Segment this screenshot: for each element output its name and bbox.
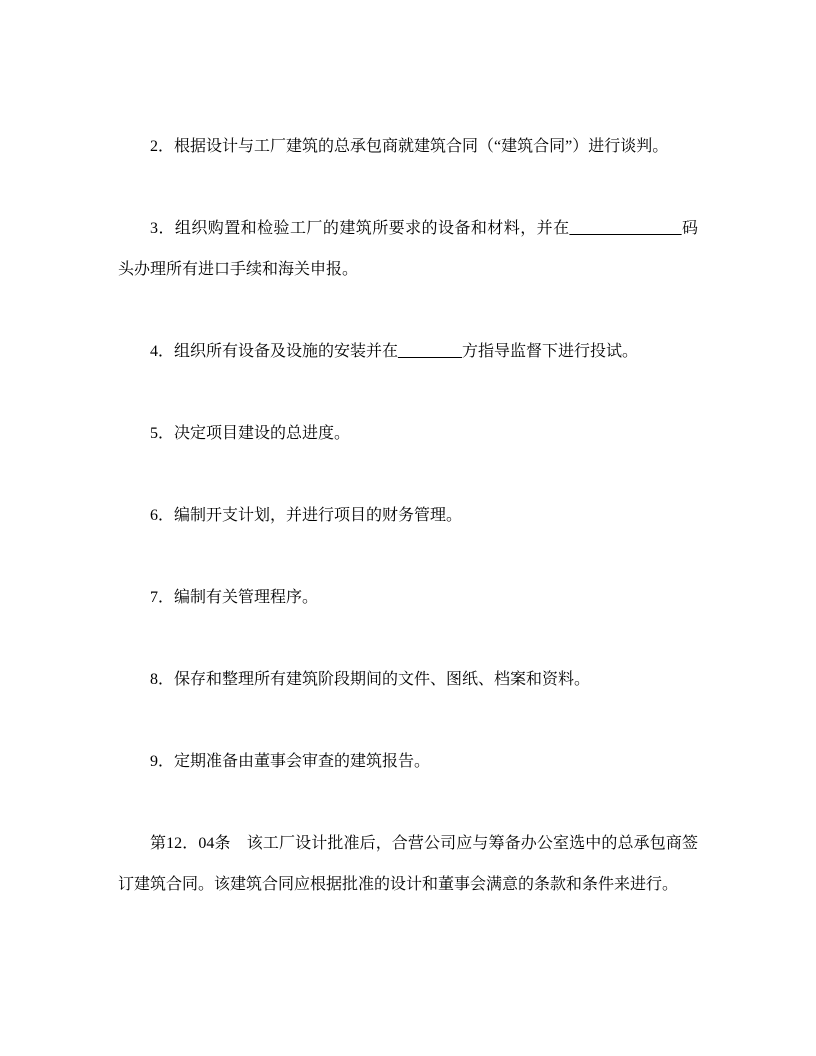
list-item-6: 6．编制开支计划，并进行项目的财务管理。 [118, 495, 698, 536]
list-item-2: 2．根据设计与工厂建筑的总承包商就建筑合同（“建筑合同”）进行谈判。 [118, 126, 698, 167]
list-item-4-text-after: 方指导监督下进行投试。 [462, 343, 638, 360]
list-item-8: 8．保存和整理所有建筑阶段期间的文件、图纸、档案和资料。 [118, 659, 698, 700]
list-item-3-text-before: 3．组织购置和检验工厂的建筑所要求的设备和材料，并在 [150, 220, 570, 237]
clause-12-04-text: 第12．04条 该工厂设计批准后，合营公司应与筹备办公室选中的总承包商签订建筑合… [118, 835, 698, 893]
list-item-9: 9．定期准备由董事会审查的建筑报告。 [118, 741, 698, 782]
list-item-9-text: 9．定期准备由董事会审查的建筑报告。 [150, 753, 430, 770]
list-item-7-text: 7．编制有关管理程序。 [150, 589, 318, 606]
list-item-2-text: 2．根据设计与工厂建筑的总承包商就建筑合同（“建筑合同”）进行谈判。 [150, 138, 668, 155]
list-item-5: 5．决定项目建设的总进度。 [118, 413, 698, 454]
list-item-7: 7．编制有关管理程序。 [118, 577, 698, 618]
list-item-5-text: 5．决定项目建设的总进度。 [150, 425, 350, 442]
list-item-6-text: 6．编制开支计划，并进行项目的财务管理。 [150, 507, 462, 524]
clause-12-04: 第12．04条 该工厂设计批准后，合营公司应与筹备办公室选中的总承包商签订建筑合… [118, 823, 698, 905]
list-item-3: 3．组织购置和检验工厂的建筑所要求的设备和材料，并在______________… [118, 208, 698, 290]
list-item-8-text: 8．保存和整理所有建筑阶段期间的文件、图纸、档案和资料。 [150, 671, 590, 688]
fill-in-blank-dock: ______________ [570, 220, 682, 237]
fill-in-blank-party: ________ [398, 343, 462, 360]
list-item-4: 4．组织所有设备及设施的安装并在________方指导监督下进行投试。 [118, 331, 698, 372]
list-item-4-text-before: 4．组织所有设备及设施的安装并在 [150, 343, 398, 360]
document-page: 2．根据设计与工厂建筑的总承包商就建筑合同（“建筑合同”）进行谈判。 3．组织购… [0, 0, 816, 1056]
